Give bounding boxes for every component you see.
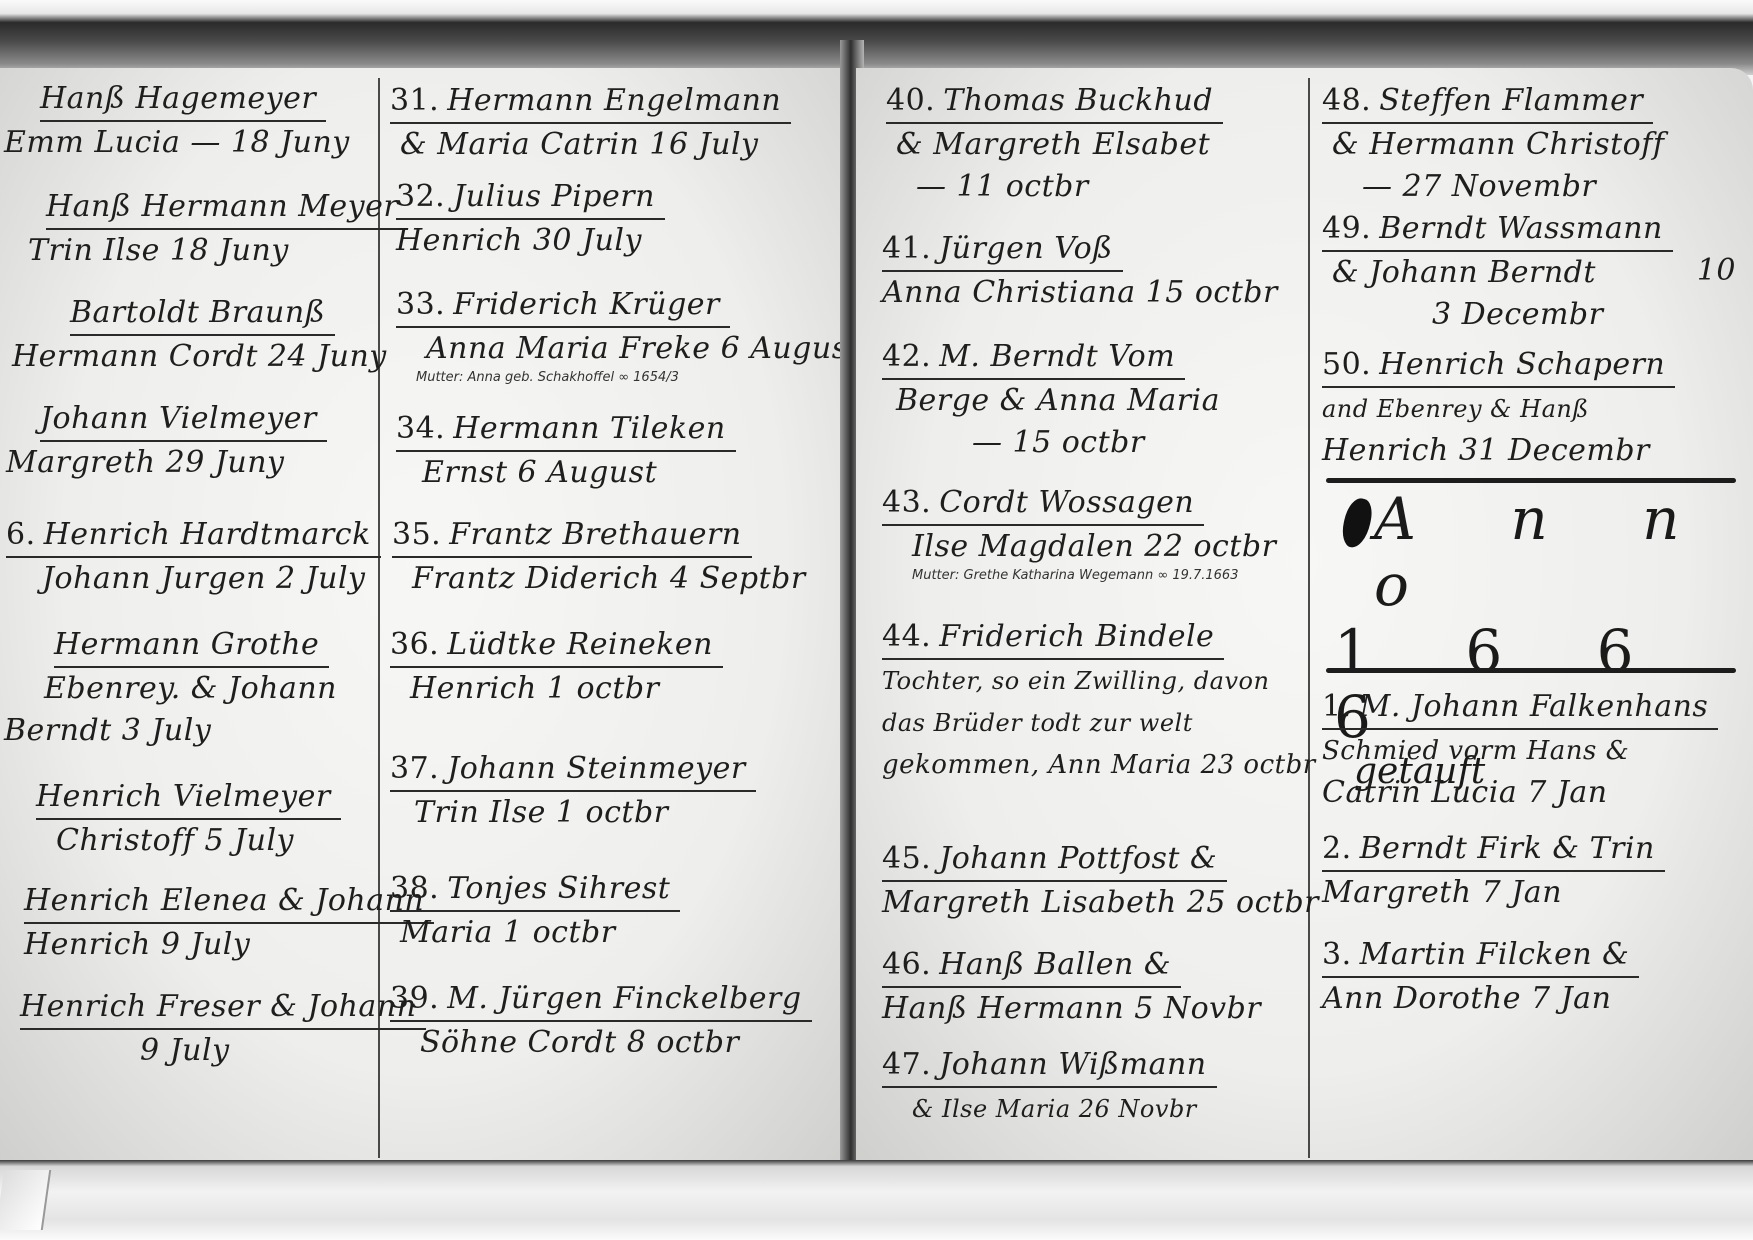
register-entry: 50.Henrich Schapern and Ebenrey & Hanß H… <box>1322 344 1746 472</box>
register-entry: Henrich Freser & Johann 9 July <box>20 986 378 1072</box>
register-entry: 1.M. Johann Falkenhans Schmied vorm Hans… <box>1322 686 1746 814</box>
register-entry: 34.Hermann Tileken Ernst 6 August <box>396 408 846 494</box>
right-page-column-2: 48.Steffen Flammer & Hermann Christoff —… <box>1316 68 1746 1163</box>
left-page: Hanß Hagemeyer Emm Lucia — 18 Juny Hanß … <box>0 68 848 1163</box>
page-corner-fold <box>0 1170 51 1230</box>
register-entry: Bartoldt Braunß Hermann Cordt 24 Juny <box>70 292 378 378</box>
register-entry: 32.Julius Pipern Henrich 30 July <box>396 176 846 262</box>
marginal-annotation: Mutter: Grethe Katharina Wegemann ∞ 19.7… <box>912 568 1308 583</box>
register-entry: Hanß Hermann Meyer Trin Ilse 18 Juny <box>46 186 378 272</box>
register-entry: 47.Johann Wißmann & Ilse Maria 26 Novbr <box>882 1044 1308 1130</box>
register-entry: 39.M. Jürgen Finckelberg Söhne Cordt 8 o… <box>390 978 846 1064</box>
register-entry: 44.Friderich Bindele Tochter, so ein Zwi… <box>882 616 1308 786</box>
register-entry: 38.Tonjes Sihrest Maria 1 octbr <box>390 868 846 954</box>
register-entry: 41.Jürgen Voß Anna Christiana 15 octbr <box>882 228 1308 314</box>
scanner-edge-bottom <box>0 1160 1753 1240</box>
register-entry: 48.Steffen Flammer & Hermann Christoff —… <box>1322 80 1746 208</box>
register-entry: Henrich Vielmeyer Christoff 5 July <box>36 776 378 862</box>
column-divider <box>1308 78 1310 1158</box>
register-entry: 35.Frantz Brethauern Frantz Diderich 4 S… <box>392 514 846 600</box>
register-entry: 43.Cordt Wossagen Ilse Magdalen 22 octbr… <box>882 482 1308 583</box>
register-entry: 3.Martin Filcken & Ann Dorothe 7 Jan <box>1322 934 1746 1020</box>
left-page-column-1: Hanß Hagemeyer Emm Lucia — 18 Juny Hanß … <box>0 68 378 1163</box>
register-entry: Hanß Hagemeyer Emm Lucia — 18 Juny <box>40 78 378 164</box>
left-page-column-2: 31.Hermann Engelmann & Maria Catrin 16 J… <box>386 68 846 1163</box>
register-entry: 37.Johann Steinmeyer Trin Ilse 1 octbr <box>390 748 846 834</box>
register-entry: Johann Vielmeyer Margreth 29 Juny <box>40 398 378 484</box>
register-entry: 49.Berndt Wassmann & Johann Berndt 3 Dec… <box>1322 208 1746 336</box>
register-entry: 31.Hermann Engelmann & Maria Catrin 16 J… <box>390 80 846 166</box>
register-entry: 42.M. Berndt Vom Berge & Anna Maria — 15… <box>882 336 1308 464</box>
right-page-column-1: 40.Thomas Buckhud & Margreth Elsabet — 1… <box>856 68 1308 1163</box>
margin-number: 10 <box>1697 250 1736 292</box>
register-entry: 33.Friderich Krüger Anna Maria Freke 6 A… <box>396 284 846 385</box>
marginal-annotation: Mutter: Anna geb. Schakhoffel ∞ 1654/3 <box>416 370 846 385</box>
register-entry: 36.Lüdtke Reineken Henrich 1 octbr <box>390 624 846 710</box>
register-entry: 45.Johann Pottfost & Margreth Lisabeth 2… <box>882 838 1308 924</box>
register-entry: 40.Thomas Buckhud & Margreth Elsabet — 1… <box>886 80 1308 208</box>
register-entry: 6.Henrich Hardtmarck Johann Jurgen 2 Jul… <box>6 514 378 600</box>
right-page: 40.Thomas Buckhud & Margreth Elsabet — 1… <box>856 68 1753 1163</box>
register-entry: 2.Berndt Firk & Trin Margreth 7 Jan <box>1322 828 1746 914</box>
register-entry: 46.Hanß Ballen & Hanß Hermann 5 Novbr <box>882 944 1308 1030</box>
scanner-edge-top <box>0 0 1753 75</box>
year-divider <box>1326 668 1736 673</box>
register-entry: Henrich Elenea & Johann Henrich 9 July <box>24 880 378 966</box>
register-entry: Hermann Grothe Ebenrey. & Johann Berndt … <box>54 624 378 752</box>
year-divider <box>1326 478 1736 483</box>
